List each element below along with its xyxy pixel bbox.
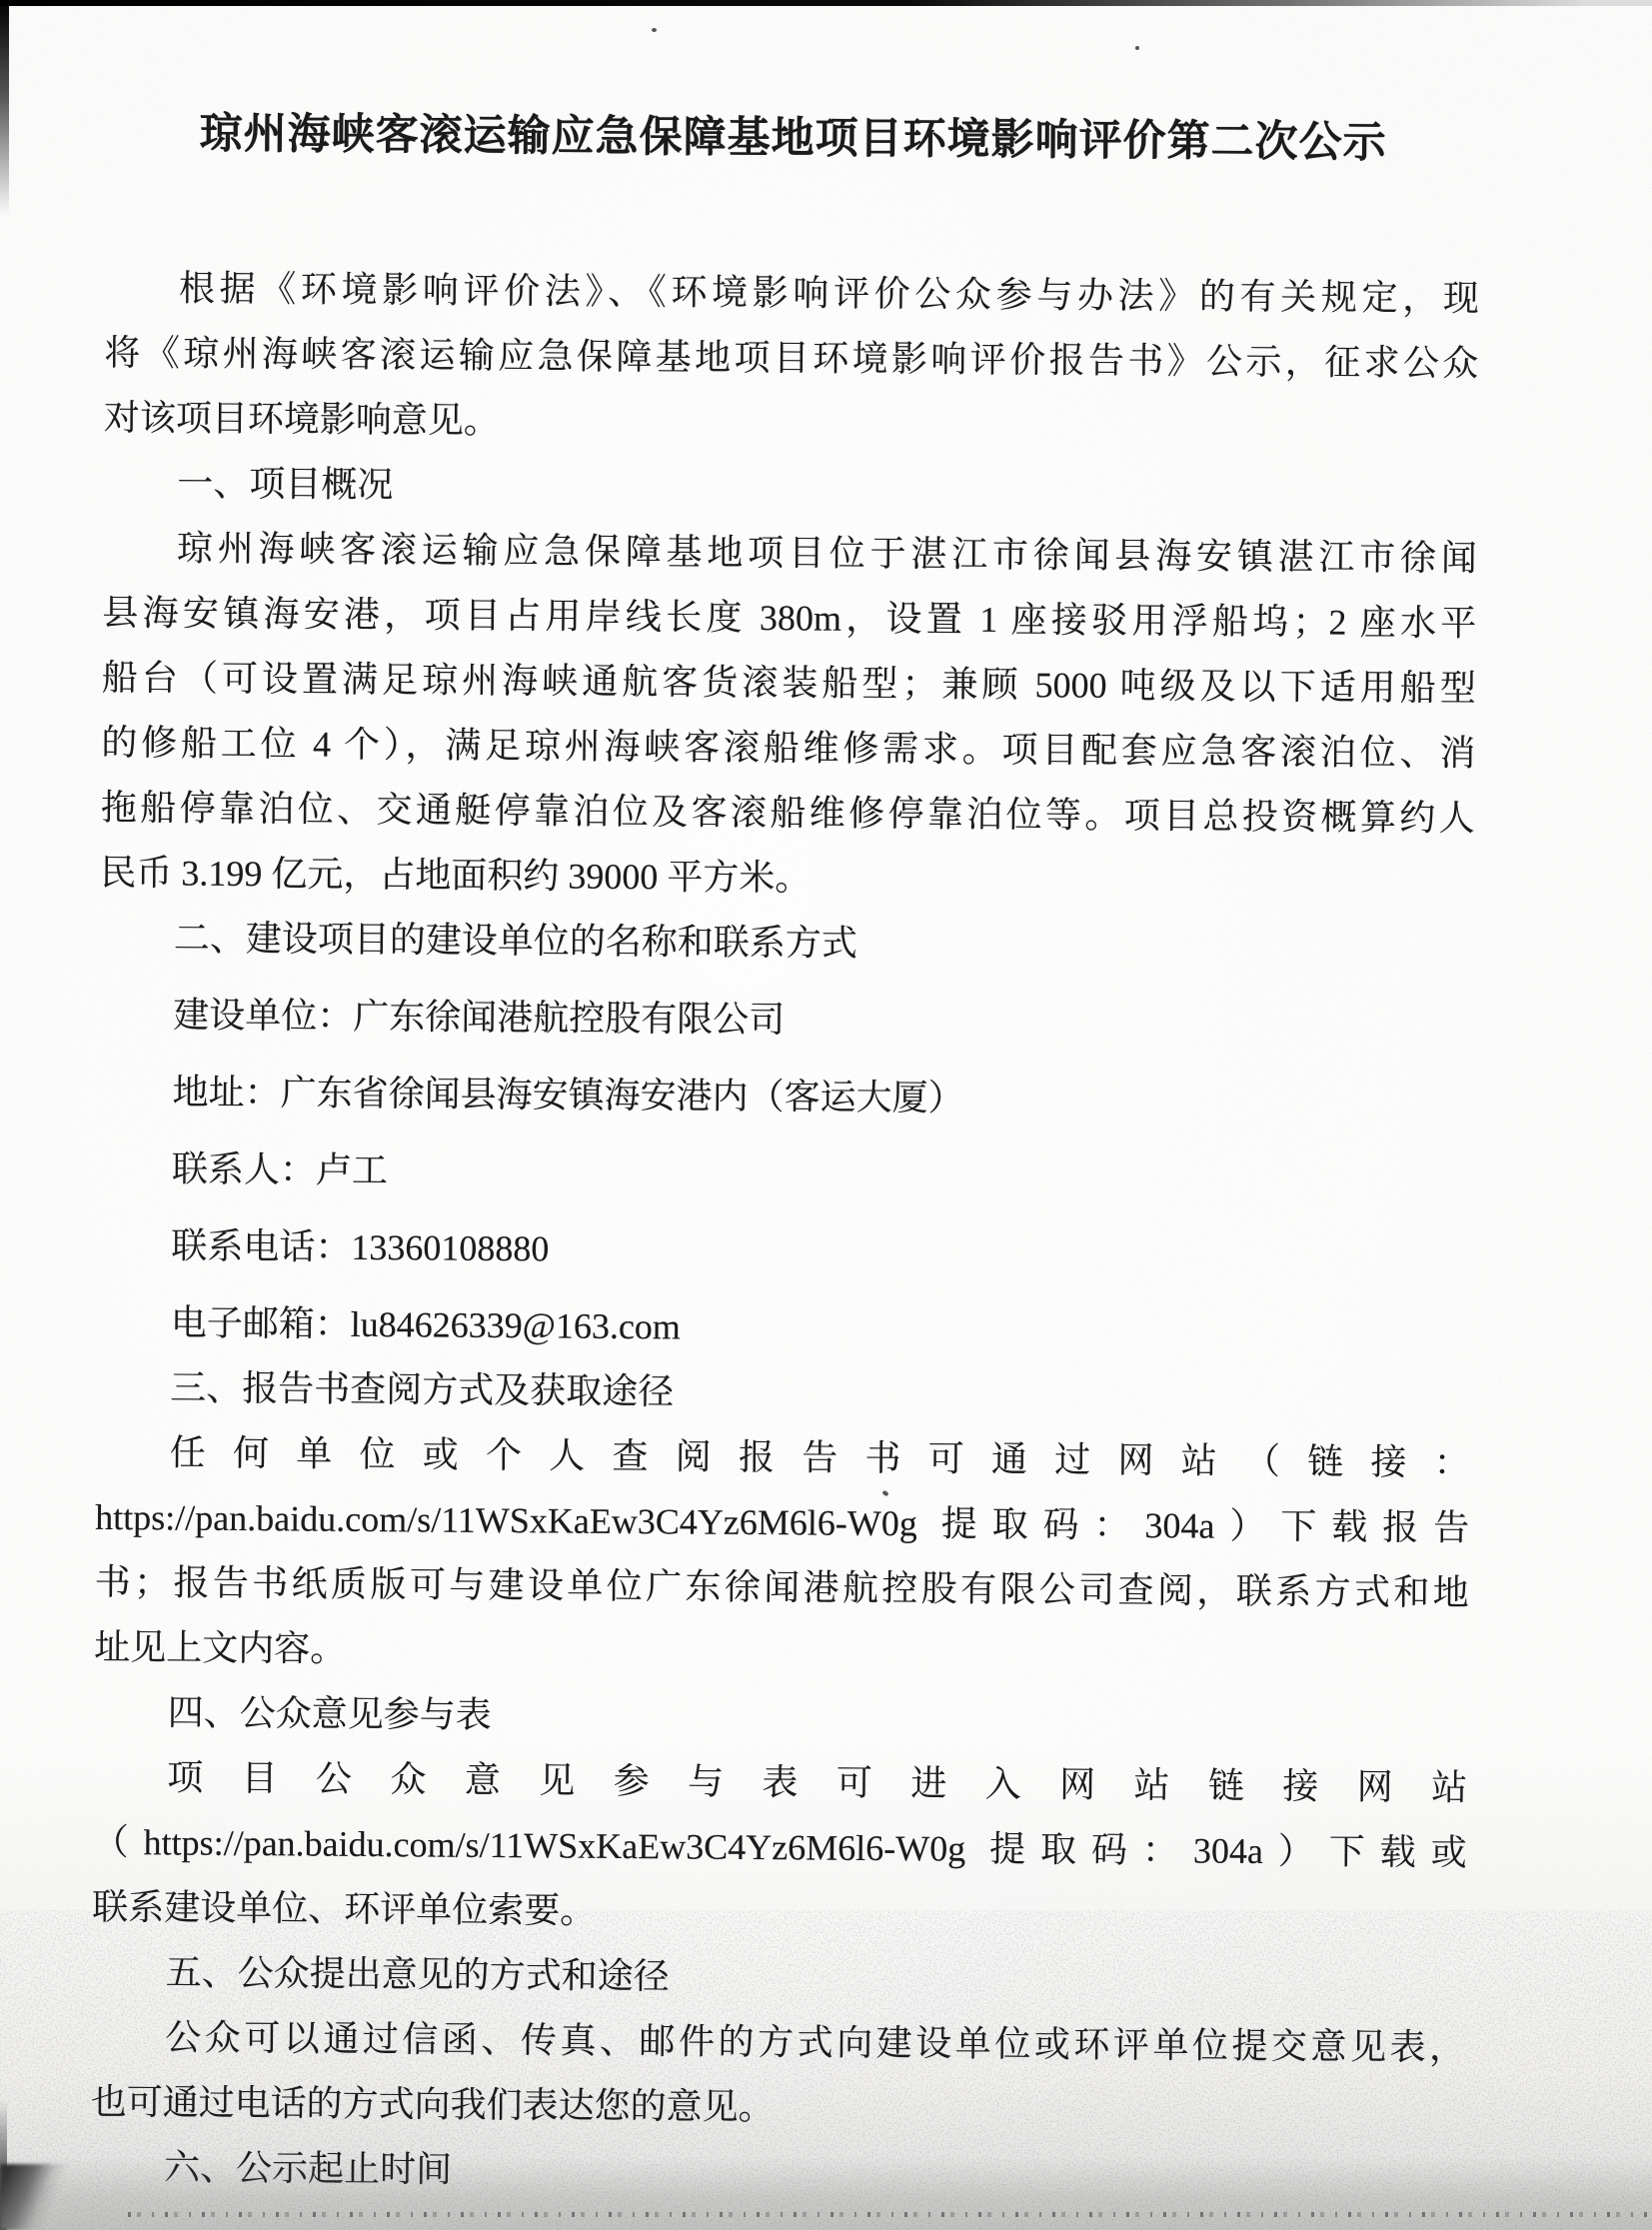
contact-person-line: 联系人：卢工 [98, 1136, 1472, 1212]
section-5-heading: 五、公众提出意见的方式和途径 [91, 1940, 1465, 2016]
opinion-channel-line: 公众可以通过信函、传真、邮件的方式向建设单位或环评单位提交意见表， [91, 2005, 1465, 2081]
report-access-line: 址见上文内容。 [94, 1615, 1468, 1691]
section-2-heading: 二、建设项目的建设单位的名称和联系方式 [100, 906, 1474, 982]
feedback-url-line: （https://pan.baidu.com/s/11WSxKaEw3C4Yz6… [92, 1810, 1466, 1886]
opinion-channel-line: 也可通过电话的方式向我们表达您的意见。 [90, 2070, 1464, 2146]
report-access-line: 任何单位或个人查阅报告书可通过网站（链接： [96, 1420, 1470, 1496]
scanner-edge-left-top [0, 0, 9, 215]
document-body: 琼州海峡客滚运输应急保障基地项目环境影响评价第二次公示 根据《环境影响评价法》、… [0, 0, 1652, 2212]
project-overview-line: 县海安镇海安港，项目占用岸线长度 380m，设置 1 座接驳用浮船坞；2 座水平 [102, 581, 1476, 657]
project-overview-line: 船台（可设置满足琼州海峡通航客货滚装船型；兼顾 5000 吨级及以下适用船型 [102, 646, 1476, 722]
scanner-edge-top [0, 0, 1652, 6]
contact-phone-line: 联系电话：13360108880 [97, 1213, 1471, 1289]
contact-email-line: 电子邮箱：lu84626339@163.com [97, 1290, 1471, 1366]
section-3-heading: 三、报告书查阅方式及获取途径 [96, 1355, 1470, 1431]
scan-edge-dashes [128, 2212, 1652, 2217]
page-bottom-shadow [0, 2156, 1652, 2230]
report-url-line: https://pan.baidu.com/s/11WSxKaEw3C4Yz6M… [95, 1485, 1469, 1561]
page-title: 琼州海峡客滚运输应急保障基地项目环境影响评价第二次公示 [106, 104, 1480, 175]
intro-line: 根据《环境影响评价法》、《环境影响评价公众参与办法》的有关规定，现 [105, 256, 1479, 332]
contact-company-line: 建设单位：广东徐闻港航控股有限公司 [99, 983, 1473, 1059]
project-overview-line: 拖船停靠泊位、交通艇停靠泊位及客滚船维修停靠泊位等。项目总投资概算约人 [101, 776, 1475, 852]
feedback-form-line: 联系建设单位、环评单位索要。 [92, 1875, 1466, 1951]
section-4-heading: 四、公众意见参与表 [93, 1680, 1467, 1756]
section-1-heading: 一、项目概况 [103, 451, 1477, 527]
intro-line: 对该项目环境影响意见。 [104, 386, 1478, 462]
contact-address-line: 地址：广东省徐闻县海安镇海安港内（客运大厦） [98, 1060, 1472, 1135]
feedback-form-line: 项目公众意见参与表可进入网站链接网站 [93, 1745, 1467, 1821]
intro-line: 将《琼州海峡客滚运输应急保障基地项目环境影响评价报告书》公示，征求公众 [104, 321, 1478, 397]
project-overview-line: 民币 3.199 亿元，占地面积约 39000 平方米。 [100, 841, 1474, 917]
scan-speck [1135, 46, 1139, 50]
scan-speck [652, 28, 657, 32]
report-access-line: 书；报告书纸质版可与建设单位广东徐闻港航控股有限公司查阅，联系方式和地 [94, 1550, 1468, 1626]
scanned-page: 琼州海峡客滚运输应急保障基地项目环境影响评价第二次公示 根据《环境影响评价法》、… [0, 0, 1652, 2230]
project-overview-line: 琼州海峡客滚运输应急保障基地项目位于湛江市徐闻县海安镇湛江市徐闻 [103, 516, 1477, 592]
project-overview-line: 的修船工位 4 个），满足琼州海峡客滚船维修需求。项目配套应急客滚泊位、消 [101, 711, 1475, 787]
